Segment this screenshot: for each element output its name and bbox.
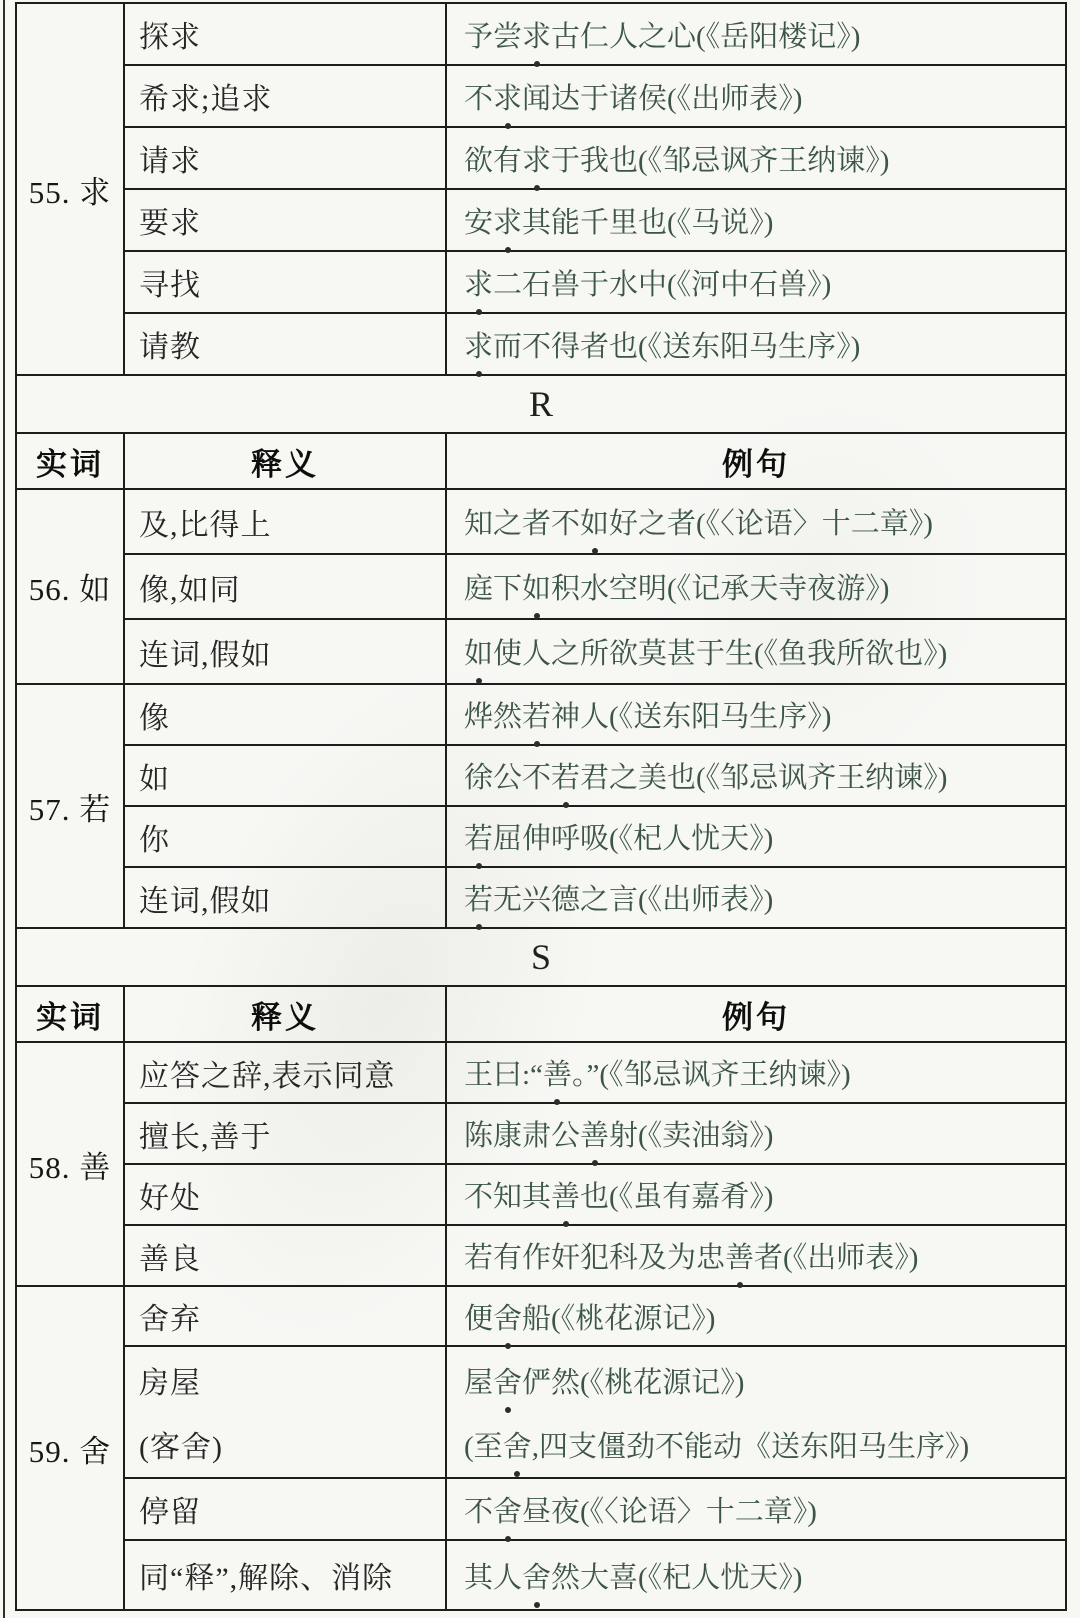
meaning-text: 善良 [139, 1243, 201, 1276]
example-post: 古仁人之心(《岳阳楼记》) [551, 21, 860, 53]
example-cell: 庭下如积水空明(《记承天寺夜游》) [446, 554, 1066, 619]
example-post: 屈伸呼吸(《杞人忧天》) [493, 823, 773, 855]
example-pre: 安 [464, 207, 493, 239]
header-word-label: 实词 [36, 1000, 104, 1035]
word-cell: 57. 若 [16, 684, 124, 928]
meaning-cell: 像,如同 [124, 554, 446, 619]
meaning-text: 像,如同 [139, 574, 241, 607]
header-example-label: 例句 [722, 447, 790, 482]
word-label: 56. 如 [29, 572, 112, 607]
meaning-cell: 寻找 [124, 251, 446, 313]
header-meaning-label: 释义 [251, 447, 319, 482]
example-post: 船(《桃花源记》) [522, 1303, 715, 1335]
example-em-char: 舍 [522, 1555, 551, 1596]
example-em-char: 舍 [493, 1296, 522, 1337]
meaning-cell: 应答之辞,表示同意 [124, 1042, 446, 1103]
table-row: 57. 若 像 烨然若神人(《送东阳马生序》) [16, 684, 1066, 745]
meaning-text: 寻找 [139, 269, 201, 302]
example-em-char: 求 [522, 14, 551, 55]
example-post: 者(《出师表》) [754, 1242, 918, 1274]
example-post: 君之美也(《邹忌讽齐王纳谏》) [580, 762, 947, 794]
word-label: 58. 善 [29, 1150, 112, 1185]
example-post: 好之者(《〈论语〉十二章》) [609, 508, 933, 540]
example-post: 神人(《送东阳马生序》) [551, 701, 831, 733]
example-pre: 便 [464, 1303, 493, 1335]
table-row: 同“释”,解除、消除 其人舍然大喜(《杞人忧天》) [16, 1540, 1066, 1610]
vocab-table: 55. 求 探求 予尝求古仁人之心(《岳阳楼记》) 希求;追求 不求闻达于诸侯(… [15, 2, 1067, 1611]
example-em-char: 若 [551, 755, 580, 796]
meaning-text-line2: (客舍) [139, 1412, 445, 1476]
table-row: 房屋 (客舍) 屋舍俨然(《桃花源记》) (至舍,四支僵劲不能动《送东阳马生序》… [16, 1346, 1066, 1478]
example-pre: 烨然 [464, 701, 522, 733]
meaning-text: 连词,假如 [139, 885, 272, 918]
word-label: 59. 舍 [29, 1434, 112, 1469]
letter-row: R [16, 375, 1066, 433]
example-cell: 欲有求于我也(《邹忌讽齐王纳谏》) [446, 127, 1066, 189]
header-meaning-label: 释义 [251, 1000, 319, 1035]
example-text-line2: (至舍,四支僵劲不能动《送东阳马生序》) [464, 1412, 1065, 1476]
table-row: 连词,假如 如使人之所欲莫甚于生(《鱼我所欲也》) [16, 619, 1066, 684]
example-pre: 其人 [464, 1562, 522, 1594]
example-pre: 陈康肃公 [464, 1120, 580, 1152]
word-cell: 56. 如 [16, 489, 124, 684]
meaning-cell: 及,比得上 [124, 489, 446, 554]
example-em-char: 善 [543, 1052, 572, 1093]
table-row: 善良 若有作奸犯科及为忠善者(《出师表》) [16, 1225, 1066, 1286]
table-row: 希求;追求 不求闻达于诸侯(《出师表》) [16, 65, 1066, 127]
example-cell: 便舍船(《桃花源记》) [446, 1286, 1066, 1346]
table-row: 擅长,善于 陈康肃公善射(《卖油翁》) [16, 1103, 1066, 1164]
example-em-char: 若 [522, 694, 551, 735]
example-pre: 徐公不 [464, 762, 551, 794]
meaning-text: 停留 [139, 1496, 201, 1529]
meaning-text: 应答之辞,表示同意 [139, 1060, 396, 1093]
example-cell: 屋舍俨然(《桃花源记》) (至舍,四支僵劲不能动《送东阳马生序》) [446, 1346, 1066, 1478]
word-cell: 58. 善 [16, 1042, 124, 1286]
header-meaning: 释义 [124, 986, 446, 1042]
meaning-cell: 擅长,善于 [124, 1103, 446, 1164]
example-post: ,四支僵劲不能动《送东阳马生序》) [532, 1424, 969, 1465]
table-row: 55. 求 探求 予尝求古仁人之心(《岳阳楼记》) [16, 3, 1066, 65]
meaning-text: 你 [139, 824, 170, 857]
table-row: 连词,假如 若无兴德之言(《出师表》) [16, 867, 1066, 928]
example-em-char: 舍 [503, 1424, 532, 1465]
meaning-text: 请求 [139, 145, 201, 178]
example-cell: 安求其能千里也(《马说》) [446, 189, 1066, 251]
example-post: 而不得者也(《送东阳马生序》) [493, 331, 860, 363]
example-pre: 屋 [464, 1360, 493, 1401]
meaning-cell: 停留 [124, 1478, 446, 1540]
letter-label: R [529, 384, 553, 424]
example-post: 闻达于诸侯(《出师表》) [522, 83, 802, 115]
example-pre: 不 [464, 1496, 493, 1528]
example-cell: 其人舍然大喜(《杞人忧天》) [446, 1540, 1066, 1610]
example-em-char: 求 [493, 200, 522, 241]
example-em-char: 求 [464, 324, 493, 365]
meaning-cell: 舍弃 [124, 1286, 446, 1346]
example-cell: 予尝求古仁人之心(《岳阳楼记》) [446, 3, 1066, 65]
meaning-text: 同“释”,解除、消除 [139, 1562, 393, 1595]
table-row: 好处 不知其善也(《虽有嘉肴》) [16, 1164, 1066, 1225]
example-cell: 不求闻达于诸侯(《出师表》) [446, 65, 1066, 127]
meaning-cell: 连词,假如 [124, 619, 446, 684]
table-row: 56. 如 及,比得上 知之者不如好之者(《〈论语〉十二章》) [16, 489, 1066, 554]
example-em-char: 若 [464, 816, 493, 857]
meaning-cell: 如 [124, 745, 446, 806]
example-cell: 烨然若神人(《送东阳马生序》) [446, 684, 1066, 745]
example-em-char: 善 [725, 1235, 754, 1276]
example-em-char: 如 [580, 501, 609, 542]
header-word: 实词 [16, 986, 124, 1042]
table-row: 寻找 求二石兽于水中(《河中石兽》) [16, 251, 1066, 313]
example-em-char: 舍 [493, 1489, 522, 1530]
example-pre: 庭下 [464, 573, 522, 605]
header-example: 例句 [446, 433, 1066, 489]
example-post: 使人之所欲莫甚于生(《鱼我所欲也》) [493, 638, 947, 670]
table-row: 58. 善 应答之辞,表示同意 王曰:“善。”(《邹忌讽齐王纳谏》) [16, 1042, 1066, 1103]
example-cell: 求而不得者也(《送东阳马生序》) [446, 313, 1066, 375]
meaning-cell: 好处 [124, 1164, 446, 1225]
meaning-cell: 希求;追求 [124, 65, 446, 127]
meaning-text: 擅长,善于 [139, 1121, 272, 1154]
letter-cell: S [16, 928, 1066, 986]
meaning-text: 及,比得上 [139, 509, 272, 542]
example-post: 积水空明(《记承天寺夜游》) [551, 573, 889, 605]
example-em-char: 善 [580, 1113, 609, 1154]
letter-cell: R [16, 375, 1066, 433]
meaning-text: 房屋 [139, 1348, 445, 1412]
example-cell: 知之者不如好之者(《〈论语〉十二章》) [446, 489, 1066, 554]
example-cell: 不知其善也(《虽有嘉肴》) [446, 1164, 1066, 1225]
header-word: 实词 [16, 433, 124, 489]
example-em-char: 善 [551, 1174, 580, 1215]
header-example-label: 例句 [722, 1000, 790, 1035]
example-cell: 陈康肃公善射(《卖油翁》) [446, 1103, 1066, 1164]
example-pre: 王曰:“ [464, 1059, 543, 1091]
example-cell: 求二石兽于水中(《河中石兽》) [446, 251, 1066, 313]
example-em-char: 求 [464, 262, 493, 303]
meaning-cell: 请求 [124, 127, 446, 189]
example-post: 然大喜(《杞人忧天》) [551, 1562, 802, 1594]
example-cell: 若无兴德之言(《出师表》) [446, 867, 1066, 928]
example-em-char: 求 [522, 138, 551, 179]
table-row: 停留 不舍昼夜(《〈论语〉十二章》) [16, 1478, 1066, 1540]
meaning-text: 请教 [139, 331, 201, 364]
header-example: 例句 [446, 986, 1066, 1042]
meaning-cell: 探求 [124, 3, 446, 65]
meaning-text: 要求 [139, 207, 201, 240]
example-post: 也(《虽有嘉肴》) [580, 1181, 773, 1213]
word-cell: 59. 舍 [16, 1286, 124, 1610]
word-label: 55. 求 [29, 175, 112, 210]
example-post: 其能千里也(《马说》) [522, 207, 773, 239]
meaning-text: 好处 [139, 1182, 201, 1215]
table-row: 你 若屈伸呼吸(《杞人忧天》) [16, 806, 1066, 867]
meaning-cell: 善良 [124, 1225, 446, 1286]
word-label: 57. 若 [29, 792, 112, 827]
example-text: 屋舍俨然(《桃花源记》) [464, 1348, 1065, 1412]
example-em-char: 如 [522, 566, 551, 607]
meaning-text: 像 [139, 702, 170, 735]
example-em-char: 如 [464, 631, 493, 672]
example-em-char: 求 [493, 76, 522, 117]
meaning-text: 连词,假如 [139, 639, 272, 672]
word-cell: 55. 求 [16, 3, 124, 375]
table-row: 像,如同 庭下如积水空明(《记承天寺夜游》) [16, 554, 1066, 619]
example-pre: 若有作奸犯科及为忠 [464, 1242, 725, 1274]
table-row: 要求 安求其能千里也(《马说》) [16, 189, 1066, 251]
example-pre: 欲有 [464, 145, 522, 177]
example-cell: 若屈伸呼吸(《杞人忧天》) [446, 806, 1066, 867]
header-meaning: 释义 [124, 433, 446, 489]
example-em-char: 舍 [493, 1360, 522, 1401]
meaning-text: 如 [139, 763, 170, 796]
example-post: 俨然(《桃花源记》) [522, 1360, 744, 1401]
example-cell: 王曰:“善。”(《邹忌讽齐王纳谏》) [446, 1042, 1066, 1103]
example-post: 昼夜(《〈论语〉十二章》) [522, 1496, 817, 1528]
meaning-cell: 同“释”,解除、消除 [124, 1540, 446, 1610]
meaning-text: 探求 [139, 21, 201, 54]
example-pre: 不 [464, 83, 493, 115]
table-row: 请求 欲有求于我也(《邹忌讽齐王纳谏》) [16, 127, 1066, 189]
example-pre: (至 [464, 1424, 503, 1465]
header-row: 实词 释义 例句 [16, 986, 1066, 1042]
example-em-char: 若 [464, 877, 493, 918]
example-post: 。”(《邹忌讽齐王纳谏》) [572, 1059, 851, 1091]
page-edge-line [3, 0, 5, 1618]
example-pre: 不知其 [464, 1181, 551, 1213]
meaning-cell: 要求 [124, 189, 446, 251]
example-post: 射(《卖油翁》) [609, 1120, 773, 1152]
example-cell: 如使人之所欲莫甚于生(《鱼我所欲也》) [446, 619, 1066, 684]
meaning-cell: 房屋 (客舍) [124, 1346, 446, 1478]
header-row: 实词 释义 例句 [16, 433, 1066, 489]
meaning-cell: 像 [124, 684, 446, 745]
meaning-text: 舍弃 [139, 1303, 201, 1336]
table-row: 请教 求而不得者也(《送东阳马生序》) [16, 313, 1066, 375]
table-row: 59. 舍 舍弃 便舍船(《桃花源记》) [16, 1286, 1066, 1346]
example-cell: 若有作奸犯科及为忠善者(《出师表》) [446, 1225, 1066, 1286]
example-cell: 徐公不若君之美也(《邹忌讽齐王纳谏》) [446, 745, 1066, 806]
example-post: 无兴德之言(《出师表》) [493, 884, 773, 916]
meaning-text: 希求;追求 [139, 83, 272, 116]
letter-label: S [531, 937, 551, 977]
example-cell: 不舍昼夜(《〈论语〉十二章》) [446, 1478, 1066, 1540]
example-pre: 予尝 [464, 21, 522, 53]
example-pre: 知之者不 [464, 508, 580, 540]
table-row: 如 徐公不若君之美也(《邹忌讽齐王纳谏》) [16, 745, 1066, 806]
meaning-cell: 你 [124, 806, 446, 867]
meaning-cell: 连词,假如 [124, 867, 446, 928]
example-post: 二石兽于水中(《河中石兽》) [493, 269, 831, 301]
header-word-label: 实词 [36, 447, 104, 482]
letter-row: S [16, 928, 1066, 986]
meaning-cell: 请教 [124, 313, 446, 375]
example-post: 于我也(《邹忌讽齐王纳谏》) [551, 145, 889, 177]
